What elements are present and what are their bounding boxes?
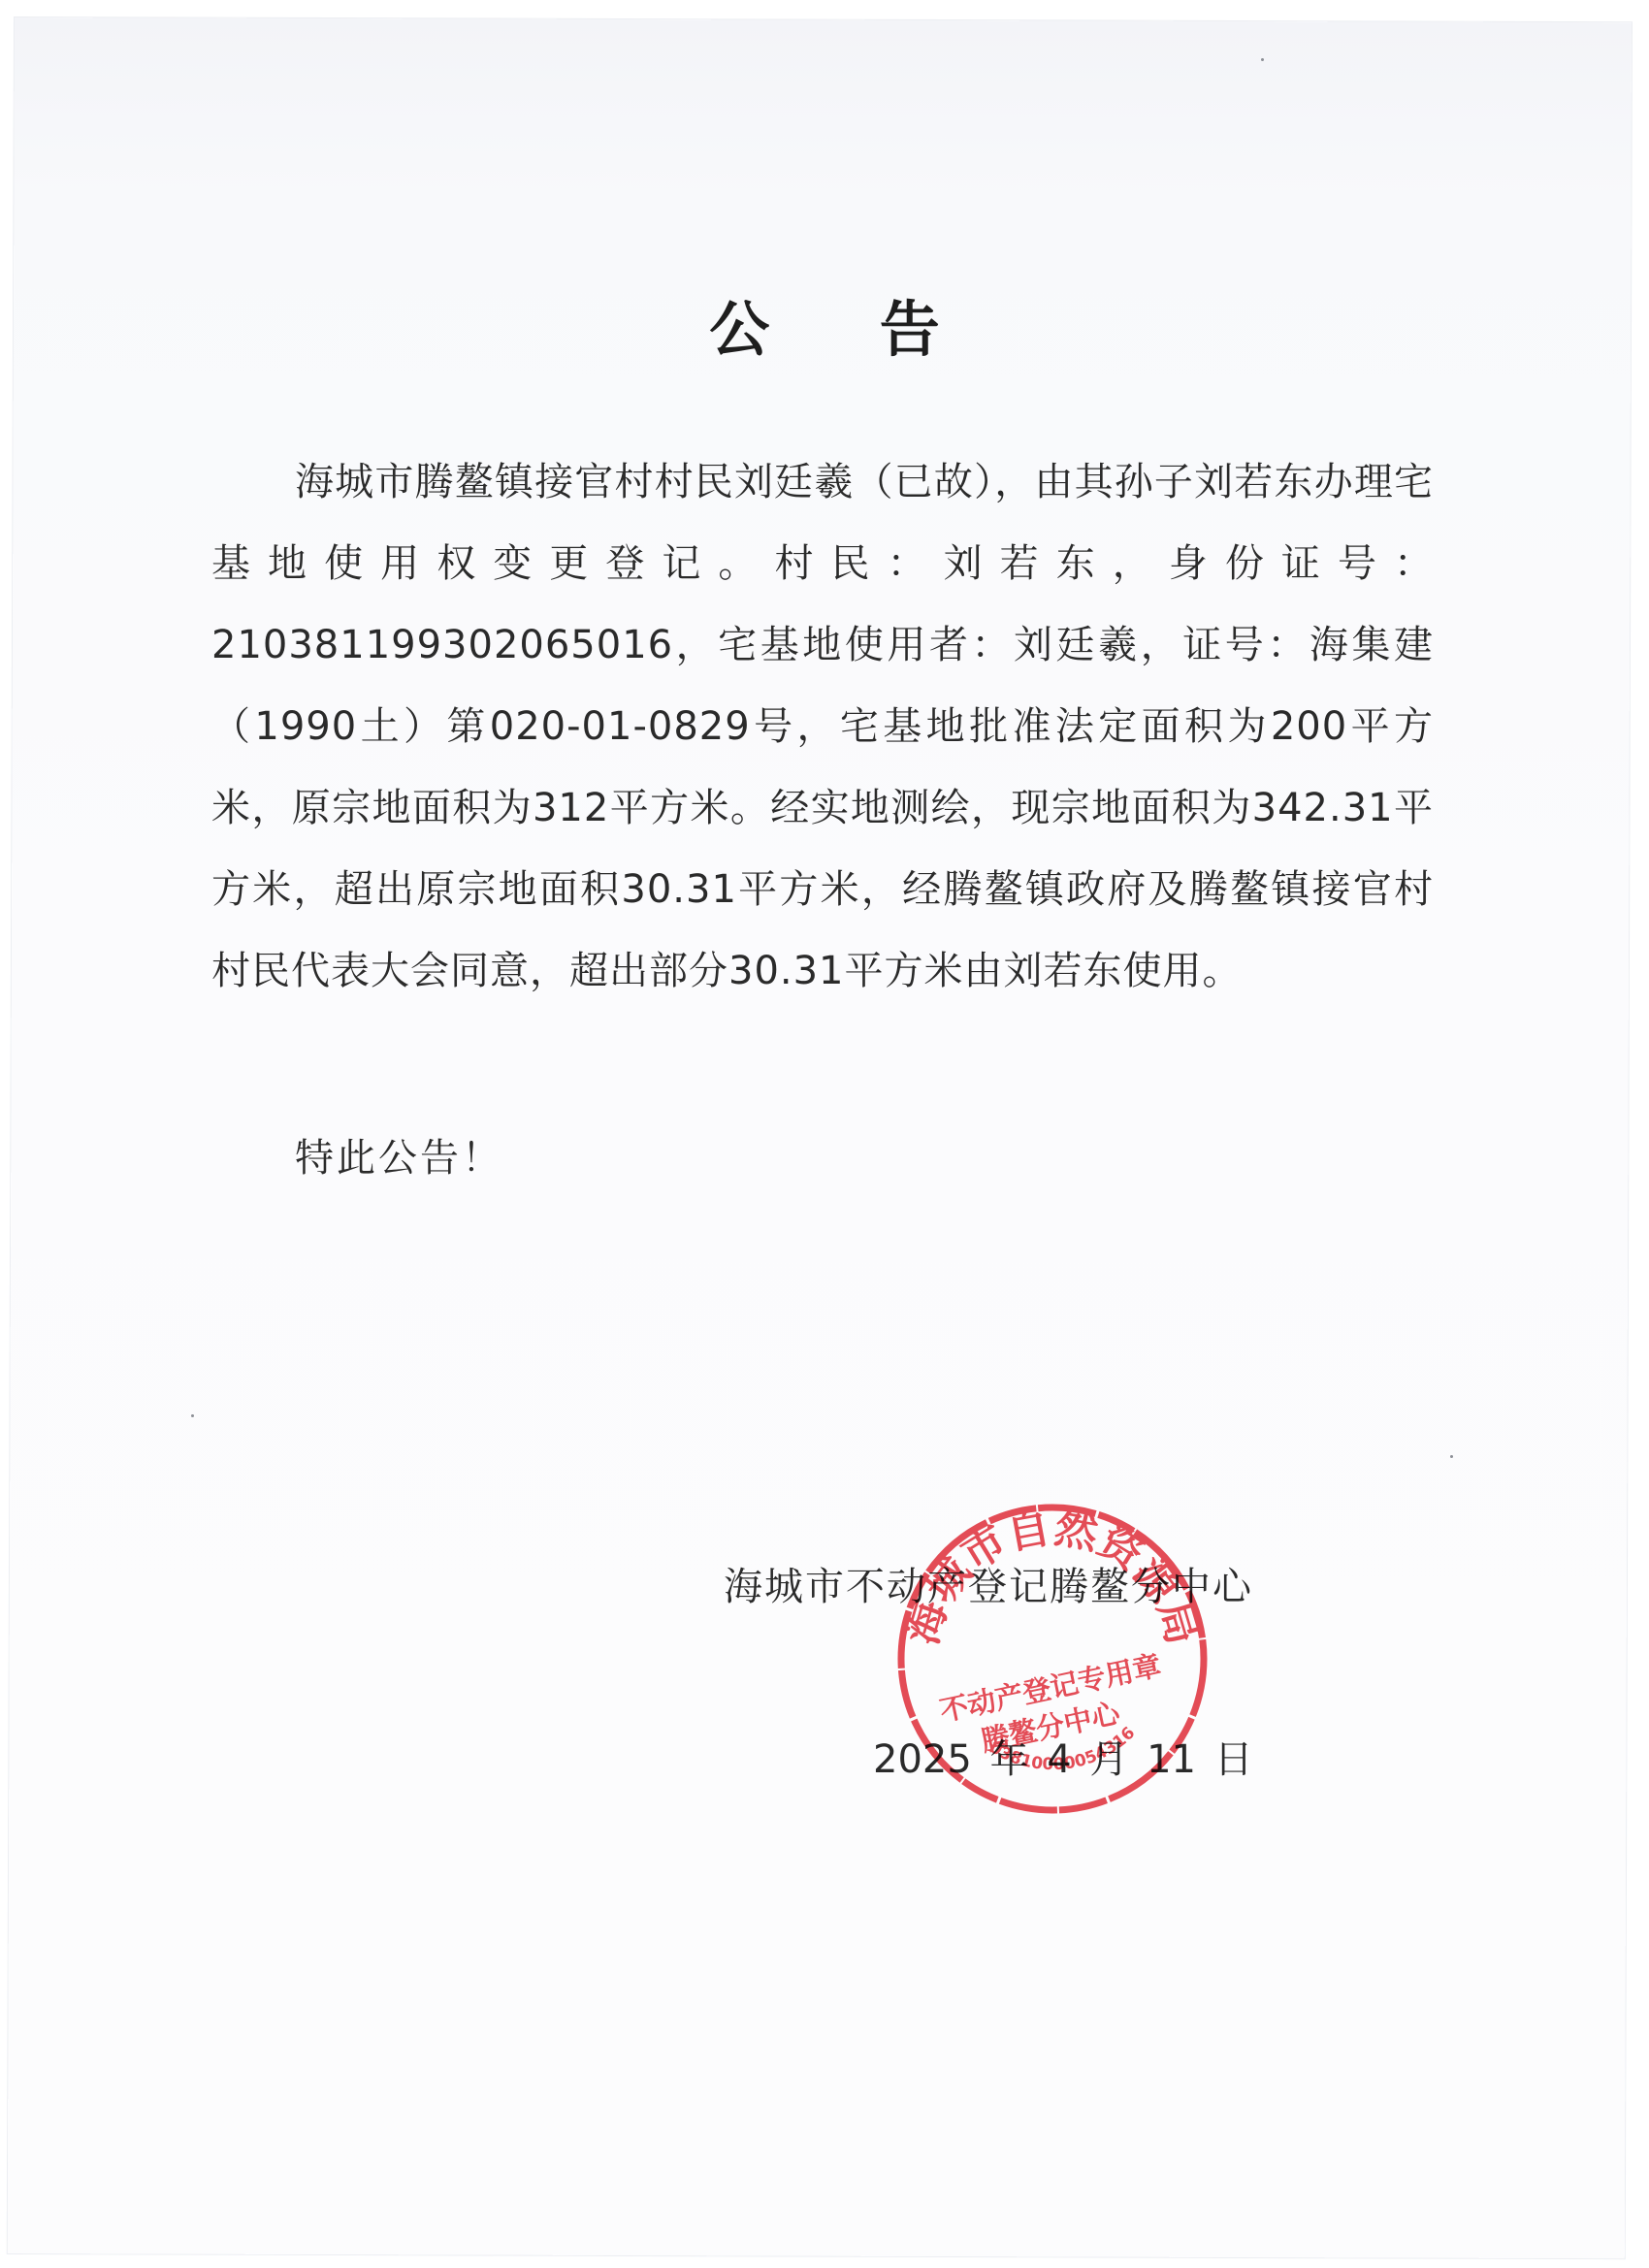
issuing-organization: 海城市不动产登记腾鳌分中心 (724, 1556, 1253, 1611)
closing-statement: 特此公告！ (295, 1127, 503, 1183)
scan-speck (1261, 58, 1264, 61)
issue-date: 2025 年 4 月 11 日 (873, 1729, 1253, 1784)
notice-body-paragraph: 海城市腾鳌镇接官村村民刘廷羲（已故），由其孙子刘若东办理宅基地使用权变更登记。村… (211, 441, 1434, 1012)
scan-speck (191, 1414, 194, 1417)
document-title: 公 告 (0, 281, 1649, 368)
scan-speck (1450, 1455, 1453, 1458)
